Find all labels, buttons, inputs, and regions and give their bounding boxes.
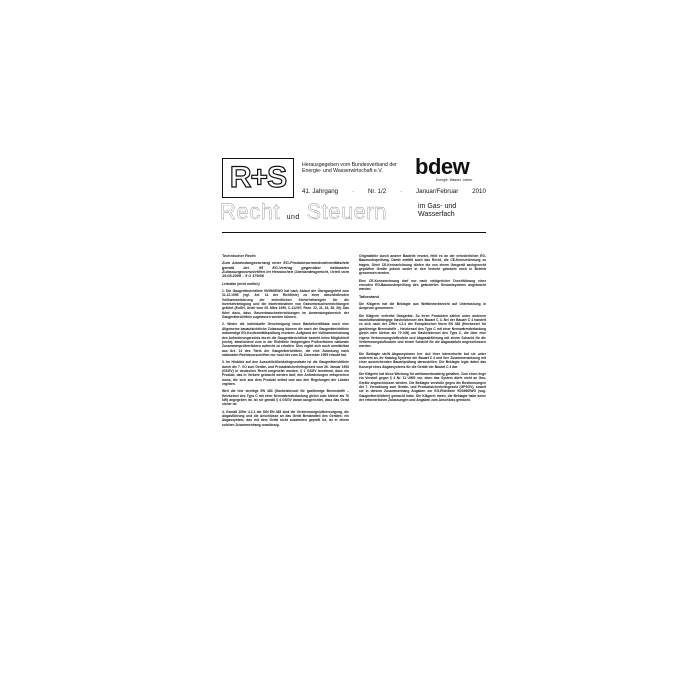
paragraph: 2. Weder die individuelle Genehmigung ei… bbox=[222, 322, 349, 357]
issue-separator: · bbox=[352, 188, 354, 195]
article-title: Zum Anwendungsvorrang einer EG-Produktno… bbox=[222, 261, 349, 278]
paragraph: Weil die hier streitige EN 483 (Gasheizk… bbox=[222, 389, 349, 406]
paragraph: 3. Im Hinblick auf den Ausschließlichkei… bbox=[222, 360, 349, 386]
issue-number: Nr. 1/2 bbox=[368, 188, 386, 195]
publisher-line-2: Energie- und Wasserwirtschaft e.V. bbox=[302, 168, 412, 174]
paragraph: Originalteile durch andere Bauteile erse… bbox=[359, 254, 486, 276]
journal-title: Recht und Steuern im Gas- und Wasserfach bbox=[222, 201, 486, 225]
paragraph: 4. Gemäß Ziffer 4.2.1 der DIN EN 483 sin… bbox=[222, 410, 349, 427]
subtitle-line-2: Wasserfach bbox=[418, 211, 488, 219]
left-column: Technischer Recht Zum Anwendungsvorrang … bbox=[222, 254, 349, 430]
lead-heading: Leitsätze (nicht amtlich) bbox=[222, 282, 349, 286]
paragraph: 1. Die Gaugeräterichtlinie 90/396/EWG ha… bbox=[222, 289, 349, 319]
paragraph: Eine CE-Kennzeichnung darf nur nach erfo… bbox=[359, 279, 486, 292]
issue-date: Januar/Februar bbox=[416, 188, 458, 195]
title-word-recht: Recht bbox=[220, 199, 280, 224]
paragraph: Die Beklagte stellt Abgassysteme her. Au… bbox=[359, 352, 486, 369]
title-word-steuern: Steuern bbox=[306, 199, 387, 224]
section-heading: Tatbestand bbox=[359, 295, 486, 299]
issue-year: 2010 bbox=[472, 188, 486, 195]
paragraph: Die Klägerin hat diese Werbung für wettb… bbox=[359, 372, 486, 402]
right-column: Originalteile durch andere Bauteile erse… bbox=[359, 254, 486, 405]
journal-subtitle: im Gas- und Wasserfach bbox=[418, 203, 488, 219]
paragraph: Die Klägerin hat die Beklagte aus Wettbe… bbox=[359, 302, 486, 311]
rs-logo-text: R+S bbox=[230, 163, 286, 193]
issue-volume: 41. Jahrgang bbox=[302, 188, 338, 195]
subtitle-line-1: im Gas- und bbox=[418, 203, 488, 211]
issue-separator: · bbox=[400, 188, 402, 195]
issue-info: 41. Jahrgang · Nr. 1/2 · Januar/Februar … bbox=[302, 188, 486, 195]
header-divider bbox=[222, 232, 486, 233]
section-heading: Technischer Recht bbox=[222, 254, 349, 258]
rs-logo: R+S bbox=[222, 158, 294, 198]
publisher-info: Herausgegeben vom Bundesverband der Ener… bbox=[302, 162, 412, 175]
bdew-tagline: Energie. Wasser. Leben. bbox=[436, 178, 473, 182]
paragraph: Die Klägerin vertreibt Gasgeräte. Zu ihr… bbox=[359, 314, 486, 349]
journal-title-main: Recht und Steuern bbox=[220, 201, 387, 223]
title-connector: und bbox=[287, 214, 300, 221]
bdew-logo: bdew bbox=[415, 156, 469, 178]
